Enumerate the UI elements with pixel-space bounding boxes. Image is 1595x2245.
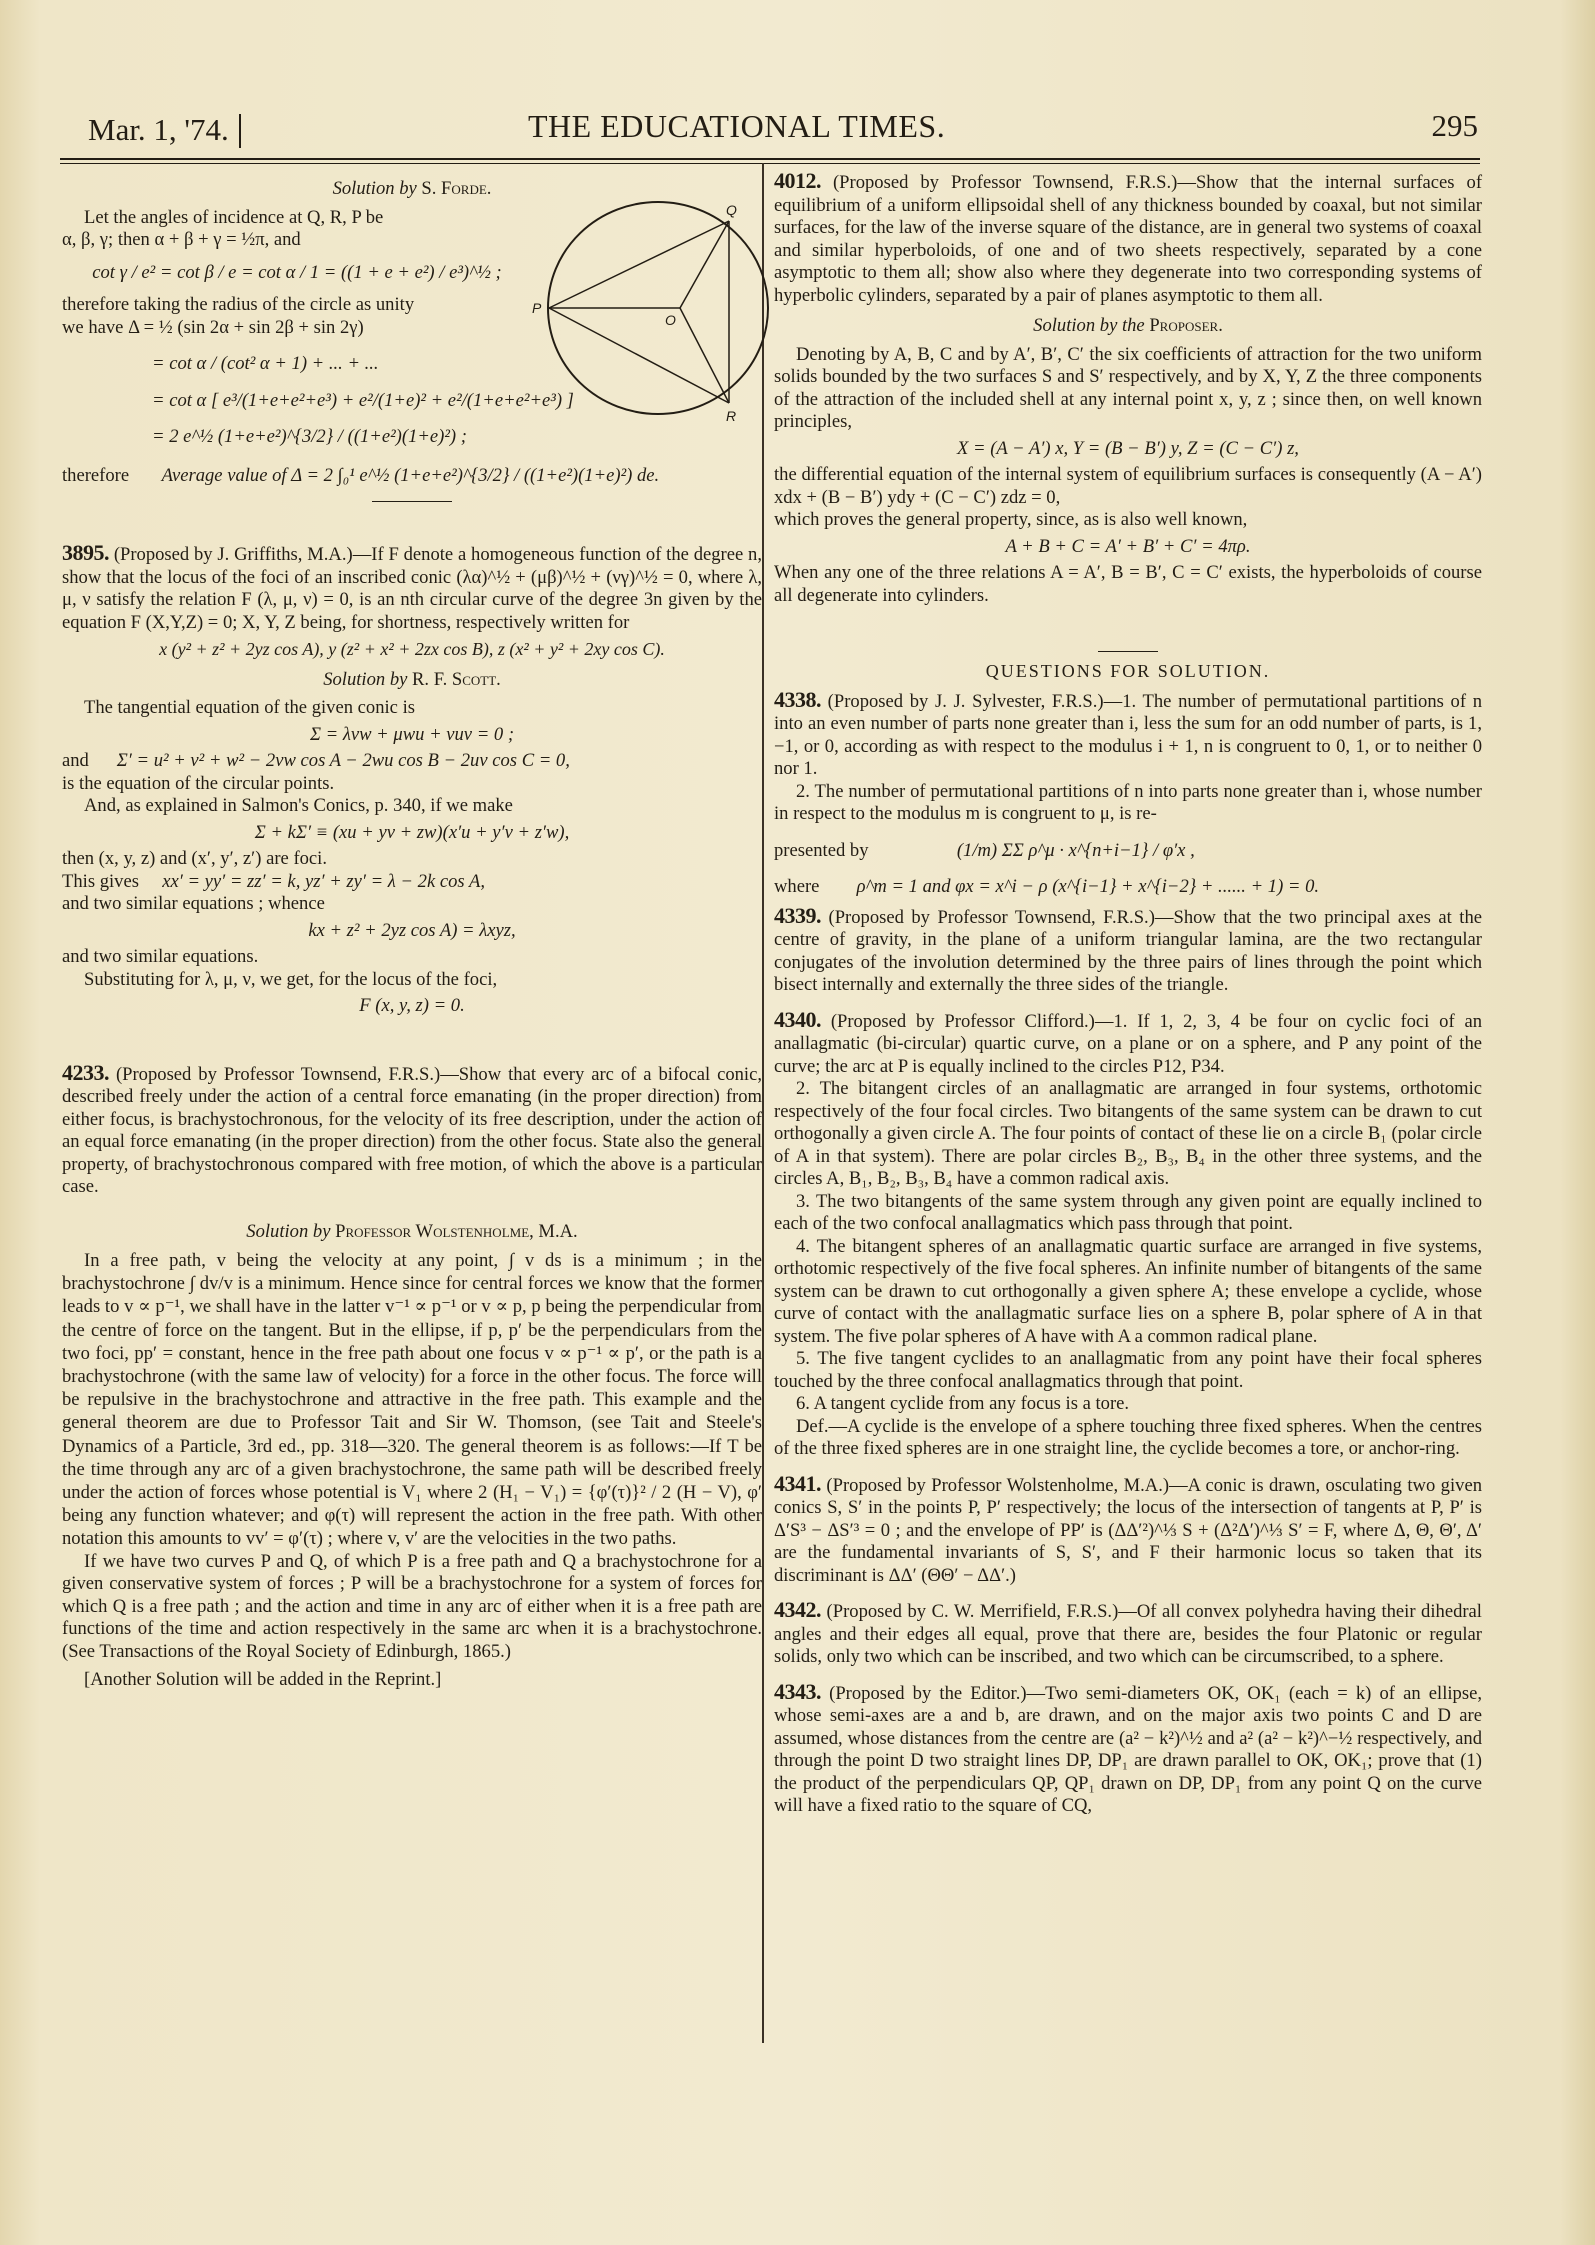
question-4343: 4343. (Proposed by the Editor.)—Two semi… (774, 1681, 1482, 1818)
header-rule (60, 158, 1480, 164)
question-3895: 3895. (Proposed by J. Griffiths, M.A.)—I… (62, 542, 762, 634)
forde-solution-heading: Solution by S. Forde. (62, 178, 762, 201)
right-column: 4012. (Proposed by Professor Townsend, F… (774, 170, 1482, 1818)
wolstenholme-solution-heading: Solution by Professor Wolstenholme, M.A. (62, 1221, 762, 1244)
page-number: 295 (1432, 108, 1479, 144)
issue-date: Mar. 1, '74. (88, 112, 229, 148)
question-4342: 4342. (Proposed by C. W. Merrifield, F.R… (774, 1599, 1482, 1669)
journal-title: THE EDUCATIONAL TIMES. (528, 108, 945, 145)
question-4012: 4012. (Proposed by Professor Townsend, F… (774, 170, 1482, 307)
scott-solution-heading: Solution by R. F. Scott. (62, 669, 762, 692)
forde-solution-body: Let the angles of incidence at Q, R, P b… (62, 207, 532, 340)
page-header: Mar. 1, '74. THE EDUCATIONAL TIMES. 295 (88, 104, 1478, 152)
column-divider (762, 163, 764, 2043)
question-4341: 4341. (Proposed by Professor Wolstenholm… (774, 1473, 1482, 1588)
question-4340: 4340. (Proposed by Professor Clifford.)—… (774, 1009, 1482, 1079)
left-column: Solution by S. Forde. Let the angles of … (62, 170, 762, 1692)
section-rule (372, 501, 452, 502)
forde-derivation: = cot α / (cot² α + 1) + ... + ... = cot… (152, 353, 762, 449)
question-4338: 4338. (Proposed by J. J. Sylvester, F.R.… (774, 689, 1482, 781)
proposer-solution-heading: Solution by the Proposer. (774, 315, 1482, 338)
question-4339: 4339. (Proposed by Professor Townsend, F… (774, 905, 1482, 997)
forde-eq1: cot γ / e² = cot β / e = cot α / 1 = ((1… (62, 262, 532, 285)
q3895-formulas: x (y² + z² + 2yz cos A), y (z² + x² + 2z… (62, 638, 762, 661)
questions-heading: QUESTIONS FOR SOLUTION. (774, 651, 1482, 683)
question-4233: 4233. (Proposed by Professor Townsend, F… (62, 1062, 762, 1199)
forde-average: therefore Average value of Δ = 2 ∫₀¹ e^½… (62, 465, 762, 488)
reprint-note: [Another Solution will be added in the R… (62, 1669, 762, 1692)
